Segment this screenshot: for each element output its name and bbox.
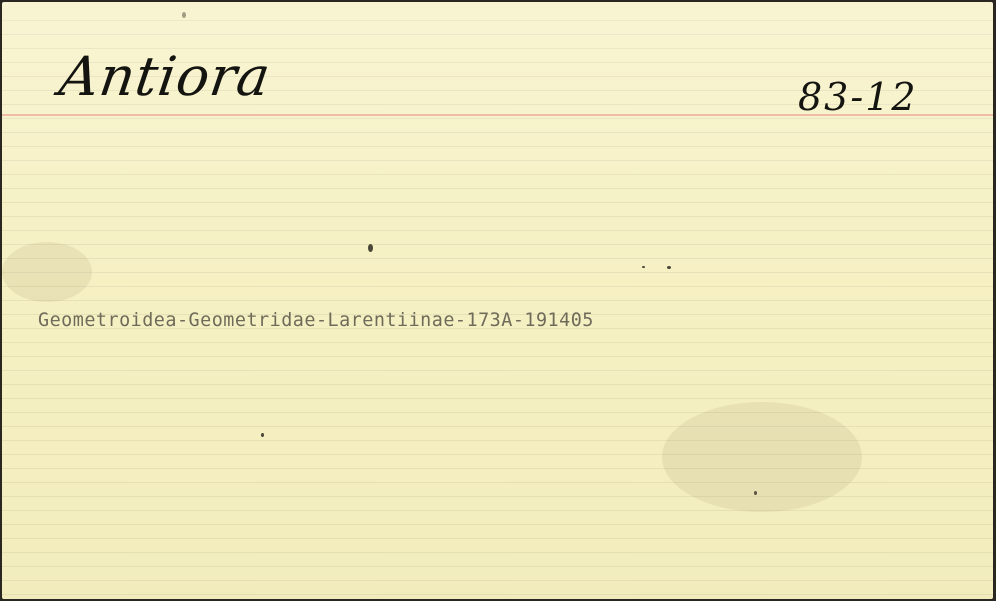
paper-stain: [662, 402, 862, 512]
ink-speck: [368, 244, 373, 252]
index-card: Antiora 83-12 Geometroidea-Geometridae-L…: [2, 2, 993, 599]
genus-handwritten-title: Antiora: [56, 50, 274, 104]
ink-speck: [182, 12, 186, 18]
ink-speck: [642, 266, 645, 268]
ink-speck: [261, 433, 264, 437]
card-number: 83-12: [798, 78, 918, 116]
ink-speck: [667, 266, 671, 269]
taxonomy-typed-line: Geometroidea-Geometridae-Larentiinae-173…: [38, 311, 594, 330]
paper-stain: [2, 242, 92, 302]
